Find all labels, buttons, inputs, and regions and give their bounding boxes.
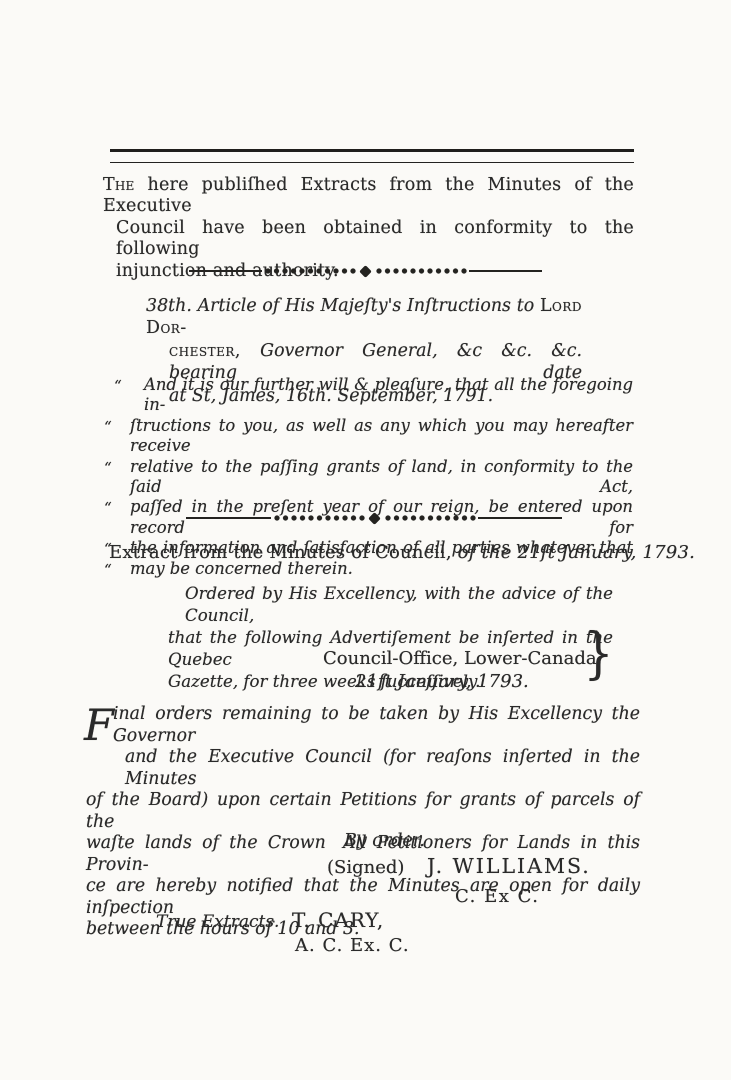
divider-rule — [478, 517, 563, 519]
dateline-date: 21ſt January, 1793. — [323, 670, 623, 693]
quote-line: “relative to the paſſing grants of land,… — [130, 457, 633, 498]
quote-mark: “ — [114, 376, 121, 396]
lord-dorchester-name: chester, — [169, 341, 241, 361]
quote-mark: “ — [104, 498, 111, 518]
lead-word: The — [103, 175, 135, 195]
divider-rule — [189, 270, 262, 272]
article-line: 38th. Article of His Majeſty's Inſtructi… — [146, 295, 582, 340]
final-notice-paragraph: F inal orders remaining to be taken by H… — [86, 704, 640, 941]
by-order-label: By order. — [344, 831, 425, 851]
signed-label: (Signed) — [327, 857, 404, 878]
divider-rosette — [368, 512, 381, 525]
notice-line: inal orders remaining to be taken by His… — [86, 704, 640, 747]
divider-beads — [273, 514, 365, 522]
council-office-dateline: Council-Office, Lower-Canada, 21ſt Janua… — [323, 647, 623, 693]
document-page: The here publiſhed Extracts from the Min… — [0, 0, 731, 1080]
quote-line: “And it is our further will & pleaſure, … — [144, 375, 633, 416]
intro-line: Council have been obtained in conformity… — [103, 218, 634, 261]
divider-rule — [186, 517, 271, 519]
signature-title: C. Ex C. — [455, 886, 539, 907]
divider-beads — [384, 514, 476, 522]
notice-line: and the Executive Council (for reaſons i… — [86, 747, 640, 790]
notice-line: of the Board) upon certain Petitions for… — [86, 790, 640, 833]
divider-beads — [375, 267, 467, 275]
ornamental-divider — [189, 266, 542, 276]
closing-brace: } — [584, 642, 614, 665]
extract-heading: Extract from the Minutes of Council, of … — [109, 542, 695, 563]
quote-mark: “ — [104, 458, 111, 478]
signature-name: J. WILLIAMS. — [427, 854, 591, 878]
divider-beads — [264, 267, 356, 275]
quote-line: “ſtructions to you, as well as any which… — [130, 416, 633, 457]
true-extracts-label: True Extracts. — [156, 912, 279, 932]
order-line: Ordered by His Excellency, with the advi… — [168, 583, 613, 627]
divider-rosette — [359, 265, 372, 278]
divider-rule — [469, 270, 542, 272]
dateline-place: Council-Office, Lower-Canada, — [323, 647, 623, 670]
drop-cap: F — [84, 706, 114, 746]
secretary-name: T. CARY, — [292, 908, 384, 932]
quote-mark: “ — [104, 417, 111, 437]
double-rule — [110, 149, 634, 163]
ornamental-divider — [186, 513, 562, 523]
secretary-title: A. C. Ex. C. — [295, 935, 410, 956]
intro-line: The here publiſhed Extracts from the Min… — [103, 175, 634, 218]
